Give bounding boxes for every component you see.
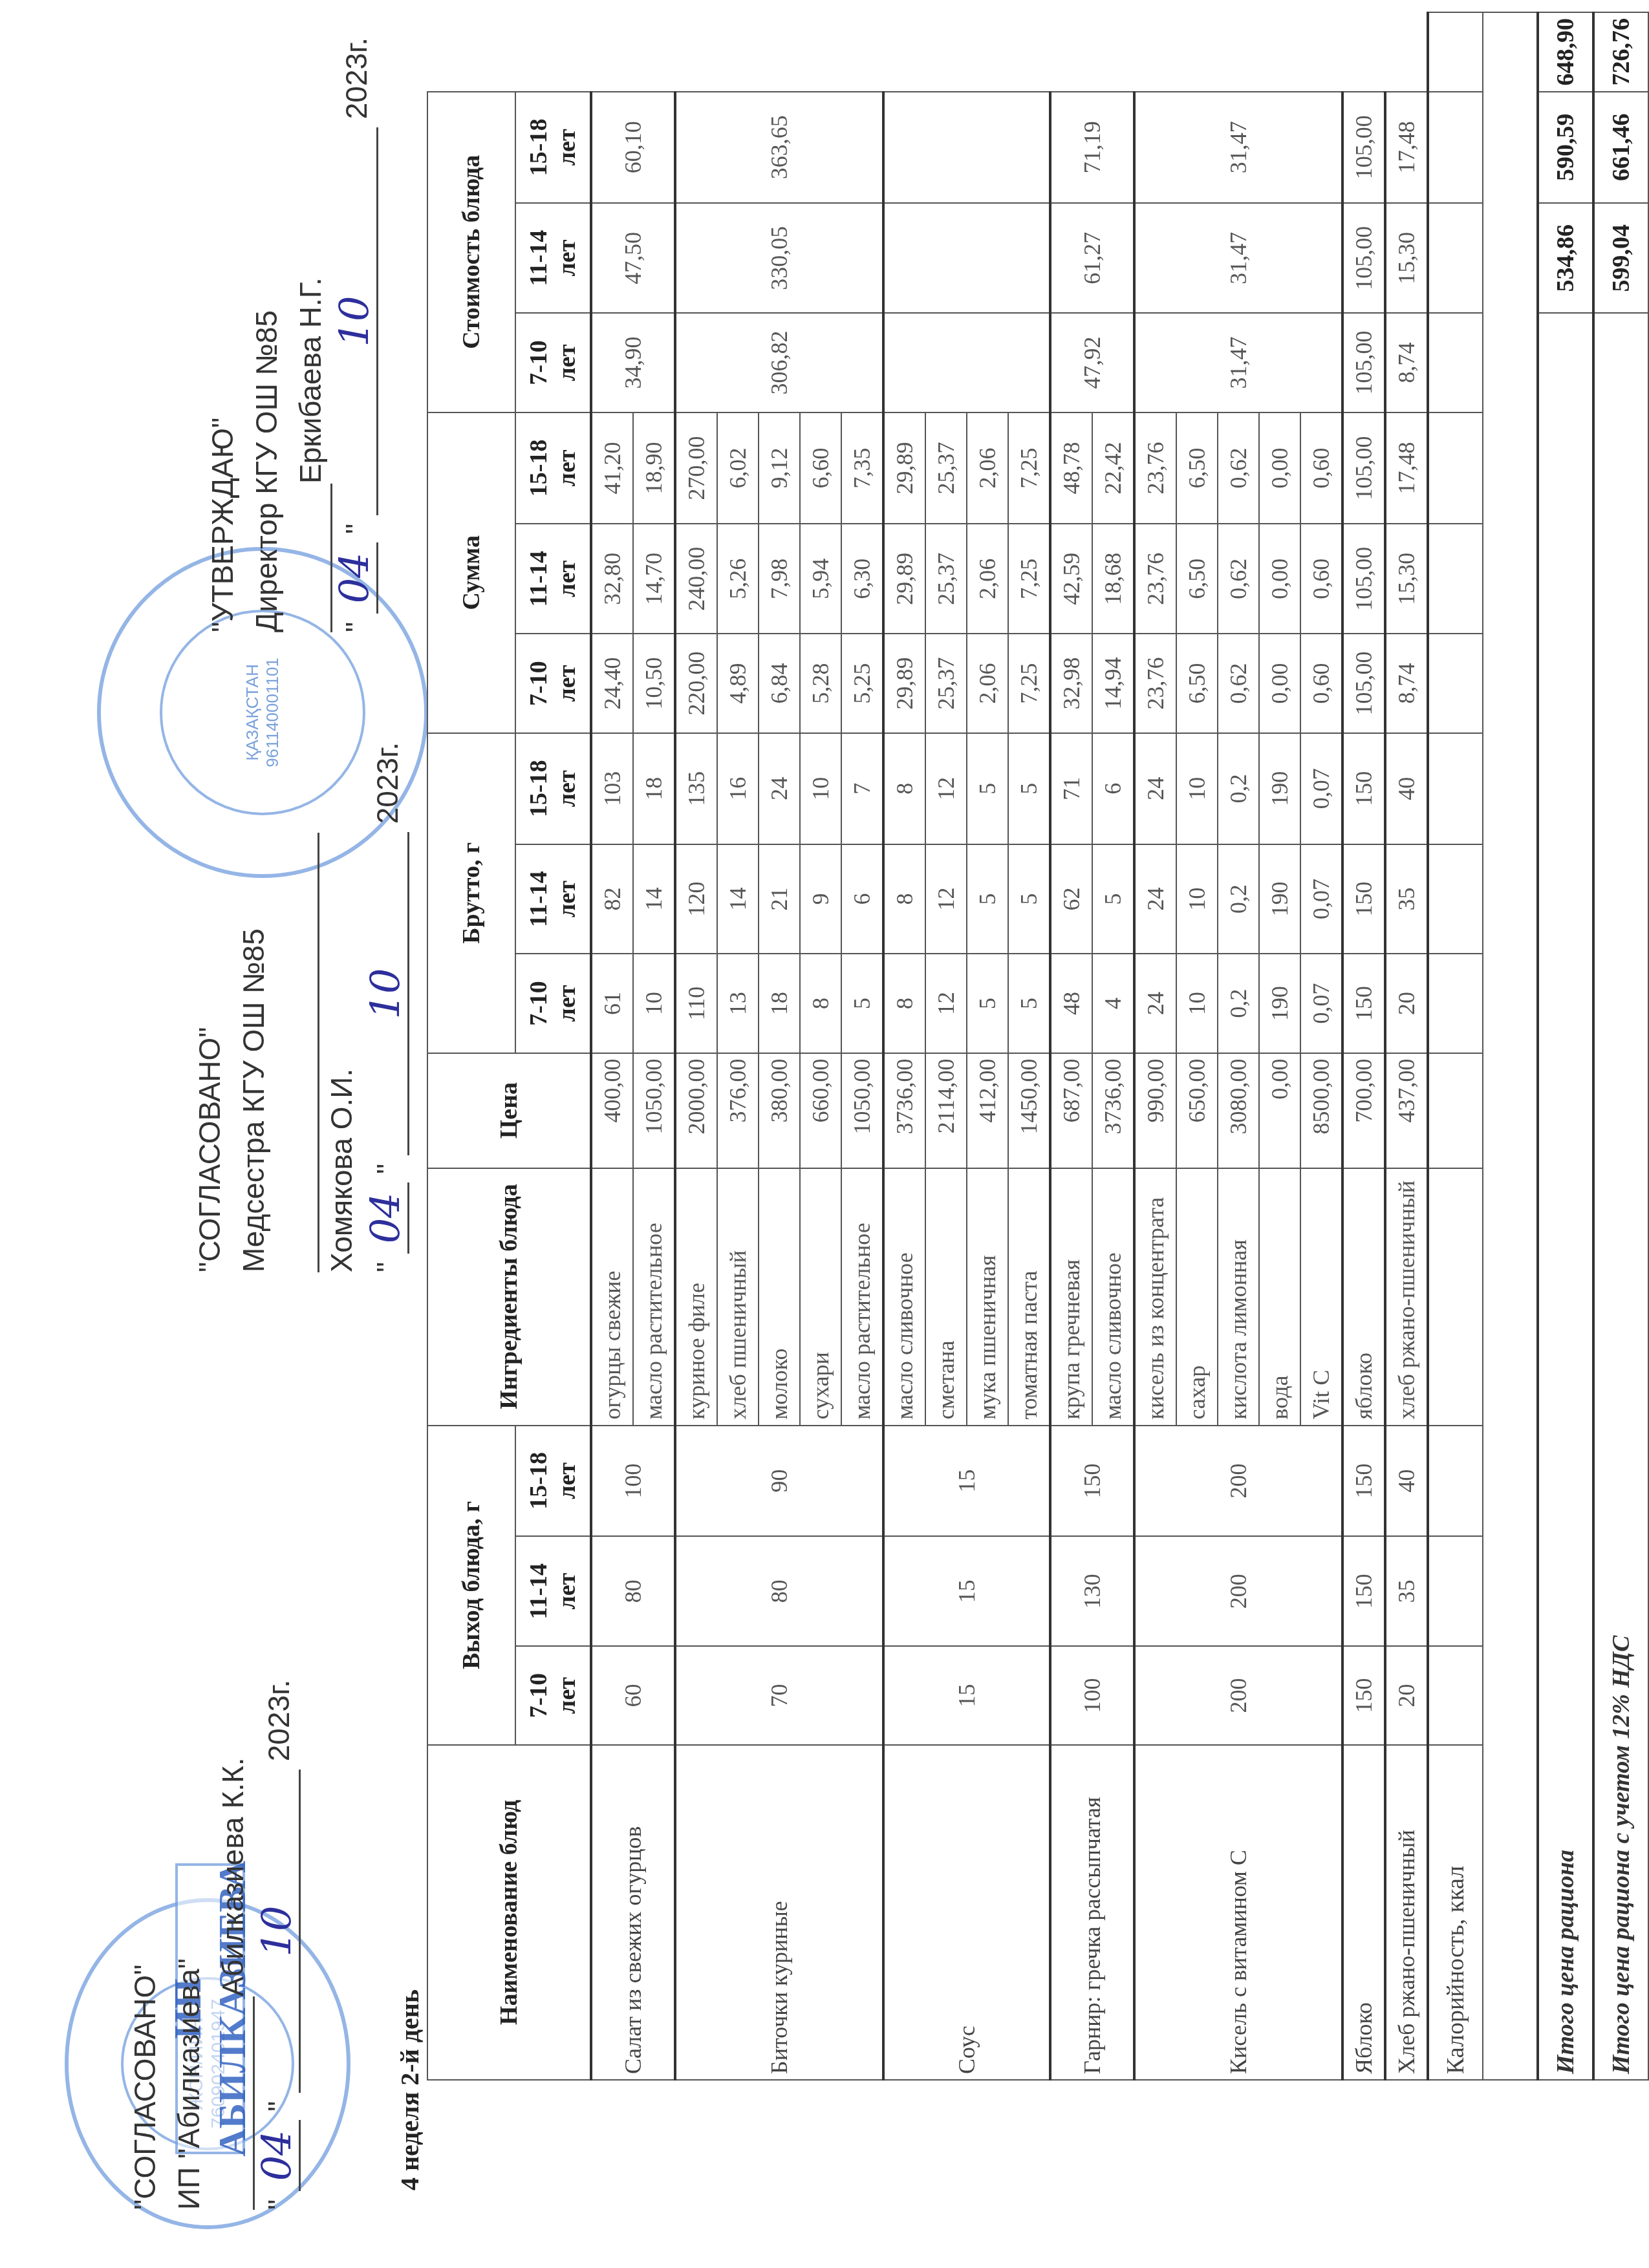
table-row: Кисель с витамином С200200200кисель из к… (1134, 12, 1176, 2080)
calories-cell (1428, 1053, 1483, 1168)
sum-age-1: 0,60 (1300, 634, 1342, 733)
ingredient-price: 437,00 (1385, 1053, 1428, 1168)
dish-output-age-3: 200 (1134, 1426, 1342, 1537)
dish-name: Салат из свежих огурцов (591, 1745, 675, 2080)
sum-age-1: 8,74 (1385, 634, 1428, 733)
dish-output-age-2: 80 (675, 1536, 883, 1646)
sum-age-3: 6,02 (717, 412, 759, 524)
ingredient-price: 0,00 (1259, 1053, 1300, 1168)
table-row: Салат из свежих огурцов6080100огурцы све… (591, 12, 633, 2080)
calories-cell (1428, 1536, 1483, 1646)
brutto-age-2: 190 (1259, 844, 1300, 954)
sum-age-1: 6,84 (759, 634, 800, 733)
sum-age-2: 15,30 (1385, 524, 1428, 634)
ingredient-name: масло сливочное (883, 1168, 925, 1426)
sum-age-1: 10,50 (633, 634, 675, 733)
dish-cost-age-1: 34,90 (591, 313, 675, 412)
calories-cell (1428, 733, 1483, 844)
brutto-age-1: 4 (1092, 954, 1134, 1053)
header-cost-age-1: 7-10 лет (515, 313, 591, 412)
brutto-age-3: 18 (633, 733, 675, 844)
brutto-age-1: 8 (800, 954, 841, 1053)
header-cost-age-3: 15-18 лет (515, 92, 591, 203)
ingredient-price: 3736,00 (883, 1053, 925, 1168)
spacer-row (1483, 12, 1538, 2080)
brutto-age-2: 12 (925, 844, 967, 954)
ingredient-price: 660,00 (800, 1053, 841, 1168)
brutto-age-3: 103 (591, 733, 633, 844)
sum-age-2: 5,94 (800, 524, 841, 634)
ingredient-name: молоко (759, 1168, 800, 1426)
brutto-age-2: 5 (1092, 844, 1134, 954)
ingredient-name: вода (1259, 1168, 1300, 1426)
brutto-age-1: 0,07 (1300, 954, 1342, 1053)
dish-name: Биточки куриные (675, 1745, 883, 2080)
sum-age-2: 7,98 (759, 524, 800, 634)
ingredient-name: огурцы свежие (591, 1168, 633, 1426)
sum-age-3: 7,35 (841, 412, 883, 524)
sum-age-1: 6,50 (1176, 634, 1218, 733)
approval-block-right: "УТВЕРЖДАЮ" Директор КГУ ОШ №85 Еркибаев… (200, 37, 378, 632)
sum-age-2: 29,89 (883, 524, 925, 634)
spacer-cell (1483, 12, 1538, 2080)
brutto-age-2: 9 (800, 844, 841, 954)
brutto-age-3: 10 (1176, 733, 1218, 844)
ingredient-name: яблоко (1342, 1168, 1385, 1426)
total-ration-label: Итого цена рациона (1538, 313, 1593, 2080)
sum-age-2: 6,50 (1176, 524, 1218, 634)
dish-output-age-1: 100 (1050, 1646, 1134, 1745)
date-month: 10 (363, 832, 409, 1155)
sum-age-1: 24,40 (591, 634, 633, 733)
brutto-age-1: 20 (1385, 954, 1428, 1053)
dish-output-age-3: 150 (1050, 1426, 1134, 1537)
ingredient-name: куриное филе (675, 1168, 717, 1426)
sum-age-1: 4,89 (717, 634, 759, 733)
approval-org: Медсестра КГУ ОШ №85 (232, 742, 275, 1272)
dish-cost-age-2: 15,30 (1385, 203, 1428, 313)
approval-person: Абилказиева К.К. (216, 1757, 250, 1996)
date-day: 04 (332, 542, 378, 614)
calories-cell (1428, 954, 1483, 1053)
dish-name: Соус (883, 1745, 1050, 2080)
sum-age-3: 22,42 (1092, 412, 1134, 524)
brutto-age-3: 5 (1008, 733, 1050, 844)
sum-age-3: 270,00 (675, 412, 717, 524)
total-ration-vat-age-1: 599,04 (1593, 203, 1648, 313)
brutto-age-1: 48 (1050, 954, 1092, 1053)
dish-output-age-3: 150 (1342, 1426, 1385, 1537)
sum-age-3: 6,60 (800, 412, 841, 524)
ingredient-price: 990,00 (1134, 1053, 1176, 1168)
brutto-age-1: 5 (841, 954, 883, 1053)
ingredient-price: 1050,00 (633, 1053, 675, 1168)
total-ration-age-1: 534,86 (1538, 203, 1593, 313)
ingredient-price: 1050,00 (841, 1053, 883, 1168)
dish-output-age-3: 15 (883, 1426, 1050, 1537)
dish-cost-age-3: 17,48 (1385, 92, 1428, 203)
sum-age-1: 220,00 (675, 634, 717, 733)
sum-age-3: 48,78 (1050, 412, 1092, 524)
sum-age-1: 0,00 (1259, 634, 1300, 733)
approval-org: ИП "Абилказиева" (172, 1958, 206, 2210)
sum-age-2: 6,30 (841, 524, 883, 634)
table-row: Хлеб ржано-пшеничный203540хлеб ржано-пше… (1385, 12, 1428, 2080)
calories-cell (1428, 634, 1483, 733)
brutto-age-1: 10 (1176, 954, 1218, 1053)
sum-age-2: 105,00 (1342, 524, 1385, 634)
table-row: Биточки куриные708090куриное филе2000,00… (675, 12, 717, 2080)
header-brutto-age-3: 15-18 лет (515, 733, 591, 844)
header-sum-age-2: 11-14 лет (515, 524, 591, 634)
approval-org: Директор КГУ ОШ №85 (250, 310, 283, 632)
total-ration-vat: Итого цена рациона с учетом 12% НДС599,0… (1593, 12, 1648, 2080)
dish-cost-age-1: 306,82 (675, 313, 883, 412)
approval-block-middle: "СОГЛАСОВАНО" Медсестра КГУ ОШ №85 Хомяк… (188, 742, 409, 1272)
brutto-age-2: 5 (967, 844, 1008, 954)
header-output-age-2: 11-14 лет (515, 1536, 591, 1646)
sum-age-2: 5,26 (717, 524, 759, 634)
brutto-age-3: 24 (759, 733, 800, 844)
ingredient-price: 3736,00 (1092, 1053, 1134, 1168)
total-ration-vat-age-3: 726,76 (1593, 12, 1648, 92)
signature-line (224, 1996, 255, 2210)
brutto-age-2: 82 (591, 844, 633, 954)
sum-age-2: 240,00 (675, 524, 717, 634)
ingredient-price: 412,00 (967, 1053, 1008, 1168)
brutto-age-2: 10 (1176, 844, 1218, 954)
ingredient-price: 3080,00 (1218, 1053, 1259, 1168)
dish-cost-age-3: 71,19 (1050, 92, 1134, 203)
brutto-age-2: 24 (1134, 844, 1176, 954)
calories-label: Калорийность, ккал (1428, 1745, 1483, 2080)
dish-cost-age-3: 363,65 (675, 92, 883, 203)
ingredient-price: 687,00 (1050, 1053, 1092, 1168)
sum-age-1: 5,25 (841, 634, 883, 733)
calories-cell (1428, 92, 1483, 203)
dish-cost-age-2: 330,05 (675, 203, 883, 313)
approval-heading: "СОГЛАСОВАНО" (123, 1680, 167, 2210)
ingredient-price: 650,00 (1176, 1053, 1218, 1168)
brutto-age-2: 8 (883, 844, 925, 954)
sum-age-3: 6,50 (1176, 412, 1218, 524)
header-sum-age-3: 15-18 лет (515, 412, 591, 524)
ingredient-name: сухари (800, 1168, 841, 1426)
brutto-age-3: 10 (800, 733, 841, 844)
sum-age-1: 14,94 (1092, 634, 1134, 733)
calories-cell (1428, 203, 1483, 313)
sum-age-3: 23,76 (1134, 412, 1176, 524)
sum-age-2: 18,68 (1092, 524, 1134, 634)
sum-age-3: 29,89 (883, 412, 925, 524)
dish-cost-age-3: 105,00 (1342, 92, 1385, 203)
brutto-age-2: 35 (1385, 844, 1428, 954)
dish-output-age-2: 130 (1050, 1536, 1134, 1646)
brutto-age-1: 13 (717, 954, 759, 1053)
calories-cell (1428, 12, 1483, 92)
sum-age-3: 2,06 (967, 412, 1008, 524)
sum-age-2: 0,00 (1259, 524, 1300, 634)
ingredient-price: 8500,00 (1300, 1053, 1342, 1168)
dish-output-age-2: 80 (591, 1536, 675, 1646)
total-ration-vat-age-2: 661,46 (1593, 92, 1648, 203)
sum-age-2: 25,37 (925, 524, 967, 634)
dish-cost-age-1: 47,92 (1050, 313, 1134, 412)
date-day: 04 (255, 2120, 301, 2191)
brutto-age-2: 14 (633, 844, 675, 954)
brutto-age-3: 150 (1342, 733, 1385, 844)
header-output-age-3: 15-18 лет (515, 1426, 591, 1537)
brutto-age-1: 190 (1259, 954, 1300, 1053)
menu-table-body: Салат из свежих огурцов6080100огурцы све… (591, 12, 1648, 2080)
date-year: 2023г. (262, 1680, 296, 1761)
ingredient-name: сметана (925, 1168, 967, 1426)
table-row: Гарнир: гречка рассыпчатая100130150крупа… (1050, 12, 1092, 2080)
ingredient-name: хлеб пшеничный (717, 1168, 759, 1426)
dish-cost-age-2: 61,27 (1050, 203, 1134, 313)
sum-age-2: 32,80 (591, 524, 633, 634)
sum-age-3: 105,00 (1342, 412, 1385, 524)
sum-age-1: 7,25 (1008, 634, 1050, 733)
table-row: Соус151515масло сливочное3736,0088829,89… (883, 12, 925, 2080)
calories-cell (1428, 524, 1483, 634)
brutto-age-2: 6 (841, 844, 883, 954)
brutto-age-1: 24 (1134, 954, 1176, 1053)
dish-cost-age-3 (883, 92, 1050, 203)
sum-age-2: 7,25 (1008, 524, 1050, 634)
dish-name: Гарнир: гречка рассыпчатая (1050, 1745, 1134, 2080)
dish-output-age-1: 20 (1385, 1646, 1428, 1745)
dish-cost-age-1: 8,74 (1385, 313, 1428, 412)
brutto-age-2: 14 (717, 844, 759, 954)
dish-output-age-3: 100 (591, 1426, 675, 1537)
ingredient-name: масло сливочное (1092, 1168, 1134, 1426)
sum-age-3: 0,00 (1259, 412, 1300, 524)
dish-output-age-1: 200 (1134, 1646, 1342, 1745)
brutto-age-1: 61 (591, 954, 633, 1053)
ingredient-name: крупа гречневая (1050, 1168, 1092, 1426)
header-brutto: Брутто, г (427, 733, 515, 1053)
dish-cost-age-3: 60,10 (591, 92, 675, 203)
ingredient-name: масло растительное (633, 1168, 675, 1426)
brutto-age-3: 24 (1134, 733, 1176, 844)
date-year: 2023г. (371, 742, 404, 824)
header-sum: Сумма (427, 412, 515, 733)
dish-output-age-2: 35 (1385, 1536, 1428, 1646)
dish-output-age-1: 15 (883, 1646, 1050, 1745)
calories-cell (1428, 412, 1483, 524)
sum-age-2: 0,60 (1300, 524, 1342, 634)
total-ration-age-2: 590,59 (1538, 92, 1593, 203)
dish-cost-age-2 (883, 203, 1050, 313)
sum-age-3: 17,48 (1385, 412, 1428, 524)
sum-age-1: 105,00 (1342, 634, 1385, 733)
brutto-age-2: 0,07 (1300, 844, 1342, 954)
ingredient-price: 400,00 (591, 1053, 633, 1168)
header-brutto-age-1: 7-10 лет (515, 954, 591, 1053)
approval-person: Еркибаева Н.Г. (294, 277, 327, 484)
sum-age-3: 7,25 (1008, 412, 1050, 524)
sum-age-3: 9,12 (759, 412, 800, 524)
brutto-age-1: 18 (759, 954, 800, 1053)
brutto-age-1: 5 (967, 954, 1008, 1053)
dish-cost-age-3: 31,47 (1134, 92, 1342, 203)
ingredient-name: томатная паста (1008, 1168, 1050, 1426)
calories-cell (1428, 1646, 1483, 1745)
ingredient-name: хлеб ржано-пшеничный (1385, 1168, 1428, 1426)
brutto-age-2: 62 (1050, 844, 1092, 954)
sum-age-2: 14,70 (633, 524, 675, 634)
ingredient-name: кисель из концентрата (1134, 1168, 1176, 1426)
header-dish-name: Наименование блюд (427, 1745, 591, 2080)
ingredient-price: 380,00 (759, 1053, 800, 1168)
brutto-age-3: 0,2 (1218, 733, 1259, 844)
dish-cost-age-2: 105,00 (1342, 203, 1385, 313)
dish-cost-age-1: 105,00 (1342, 313, 1385, 412)
ingredient-name: кислота лимонная (1218, 1168, 1259, 1426)
brutto-age-1: 12 (925, 954, 967, 1053)
ingredient-price: 2114,00 (925, 1053, 967, 1168)
brutto-age-1: 150 (1342, 954, 1385, 1053)
brutto-age-1: 0,2 (1218, 954, 1259, 1053)
header-output-age-1: 7-10 лет (515, 1646, 591, 1745)
dish-output-age-2: 200 (1134, 1536, 1342, 1646)
dish-cost-age-2: 47,50 (591, 203, 675, 313)
ingredient-price: 376,00 (717, 1053, 759, 1168)
ingredient-name: мука пшеничная (967, 1168, 1008, 1426)
date-day: 04 (363, 1182, 409, 1254)
brutto-age-1: 8 (883, 954, 925, 1053)
header-cost-age-2: 11-14 лет (515, 203, 591, 313)
dish-cost-age-2: 31,47 (1134, 203, 1342, 313)
calories-cell (1428, 844, 1483, 954)
brutto-age-2: 0,2 (1218, 844, 1259, 954)
brutto-age-3: 5 (967, 733, 1008, 844)
signature-line (289, 833, 319, 1272)
ingredient-price: 1450,00 (1008, 1053, 1050, 1168)
sum-age-1: 23,76 (1134, 634, 1176, 733)
calories-cell (1428, 1426, 1483, 1537)
dish-cost-age-1 (883, 313, 1050, 412)
total-ration-age-3: 648,90 (1538, 12, 1593, 92)
ingredient-price: 2000,00 (675, 1053, 717, 1168)
dish-output-age-2: 150 (1342, 1536, 1385, 1646)
brutto-age-3: 40 (1385, 733, 1428, 844)
brutto-age-3: 190 (1259, 733, 1300, 844)
dish-name: Яблоко (1342, 1745, 1385, 2080)
sum-age-1: 32,98 (1050, 634, 1092, 733)
brutto-age-3: 6 (1092, 733, 1134, 844)
sum-age-1: 29,89 (883, 634, 925, 733)
sum-age-3: 25,37 (925, 412, 967, 524)
brutto-age-1: 110 (675, 954, 717, 1053)
week-day-title: 4 неделя 2-й день (394, 1989, 425, 2190)
brutto-age-2: 21 (759, 844, 800, 954)
dish-name: Кисель с витамином С (1134, 1745, 1342, 2080)
sum-age-1: 25,37 (925, 634, 967, 733)
ingredient-price: 700,00 (1342, 1053, 1385, 1168)
brutto-age-3: 71 (1050, 733, 1092, 844)
brutto-age-3: 8 (883, 733, 925, 844)
dish-output-age-3: 40 (1385, 1426, 1428, 1537)
approval-heading: "СОГЛАСОВАНО" (188, 742, 232, 1272)
sum-age-2: 2,06 (967, 524, 1008, 634)
ingredient-name: масло растительное (841, 1168, 883, 1426)
approval-heading: "УТВЕРЖДАЮ" (200, 37, 244, 632)
sum-age-3: 41,20 (591, 412, 633, 524)
calories-cell (1428, 313, 1483, 412)
brutto-age-3: 7 (841, 733, 883, 844)
date-month: 10 (332, 127, 378, 515)
brutto-age-3: 12 (925, 733, 967, 844)
menu-cost-table: Наименование блюд Выход блюда, г Ингреди… (427, 12, 1649, 2081)
date-year: 2023г. (339, 37, 373, 119)
sum-age-2: 23,76 (1134, 524, 1176, 634)
brutto-age-2: 150 (1342, 844, 1385, 954)
dish-cost-age-1: 31,47 (1134, 313, 1342, 412)
header-ingredients: Ингредиенты блюда (427, 1168, 591, 1426)
brutto-age-3: 0,07 (1300, 733, 1342, 844)
brutto-age-3: 16 (717, 733, 759, 844)
brutto-age-2: 5 (1008, 844, 1050, 954)
dish-name: Хлеб ржано-пшеничный (1385, 1745, 1428, 2080)
menu-document-page: ЖСН/ИИН 760902401947 ИП АБИЛКАЗИЕВА ҚАЗА… (0, 0, 1649, 2268)
header-sum-age-1: 7-10 лет (515, 634, 591, 733)
dish-output-age-1: 150 (1342, 1646, 1385, 1745)
total-ration-vat-label: Итого цена рациона с учетом 12% НДС (1593, 313, 1648, 2080)
date-month: 10 (255, 1770, 301, 2093)
calories-cell (1428, 1168, 1483, 1426)
total-ration: Итого цена рациона534,86590,59648,90 (1538, 12, 1593, 2080)
table-row: Яблоко150150150яблоко700,00150150150105,… (1342, 12, 1385, 2080)
header-output: Выход блюда, г (427, 1426, 515, 1745)
sum-age-2: 42,59 (1050, 524, 1092, 634)
ingredient-name: сахар (1176, 1168, 1218, 1426)
sum-age-1: 0,62 (1218, 634, 1259, 733)
approval-person: Хомякова О.И. (319, 742, 363, 1272)
brutto-age-2: 120 (675, 844, 717, 954)
sum-age-2: 0,62 (1218, 524, 1259, 634)
brutto-age-1: 5 (1008, 954, 1050, 1053)
dish-output-age-1: 70 (675, 1646, 883, 1745)
approval-block-left: "СОГЛАСОВАНО" ИП "Абилказиева" Абилказие… (123, 1680, 301, 2210)
dish-output-age-3: 90 (675, 1426, 883, 1537)
sum-age-1: 2,06 (967, 634, 1008, 733)
calories-row: Калорийность, ккал (1428, 12, 1483, 2080)
header-price: Цена (427, 1053, 591, 1168)
sum-age-1: 5,28 (800, 634, 841, 733)
sum-age-3: 0,60 (1300, 412, 1342, 524)
sum-age-3: 0,62 (1218, 412, 1259, 524)
dish-output-age-2: 15 (883, 1536, 1050, 1646)
dish-output-age-1: 60 (591, 1646, 675, 1745)
ingredient-name: Vit C (1300, 1168, 1342, 1426)
header-dish-cost: Стоимость блюда (427, 92, 515, 412)
header-brutto-age-2: 11-14 лет (515, 844, 591, 954)
signature-line (302, 484, 332, 632)
brutto-age-3: 135 (675, 733, 717, 844)
sum-age-3: 18,90 (633, 412, 675, 524)
brutto-age-1: 10 (633, 954, 675, 1053)
